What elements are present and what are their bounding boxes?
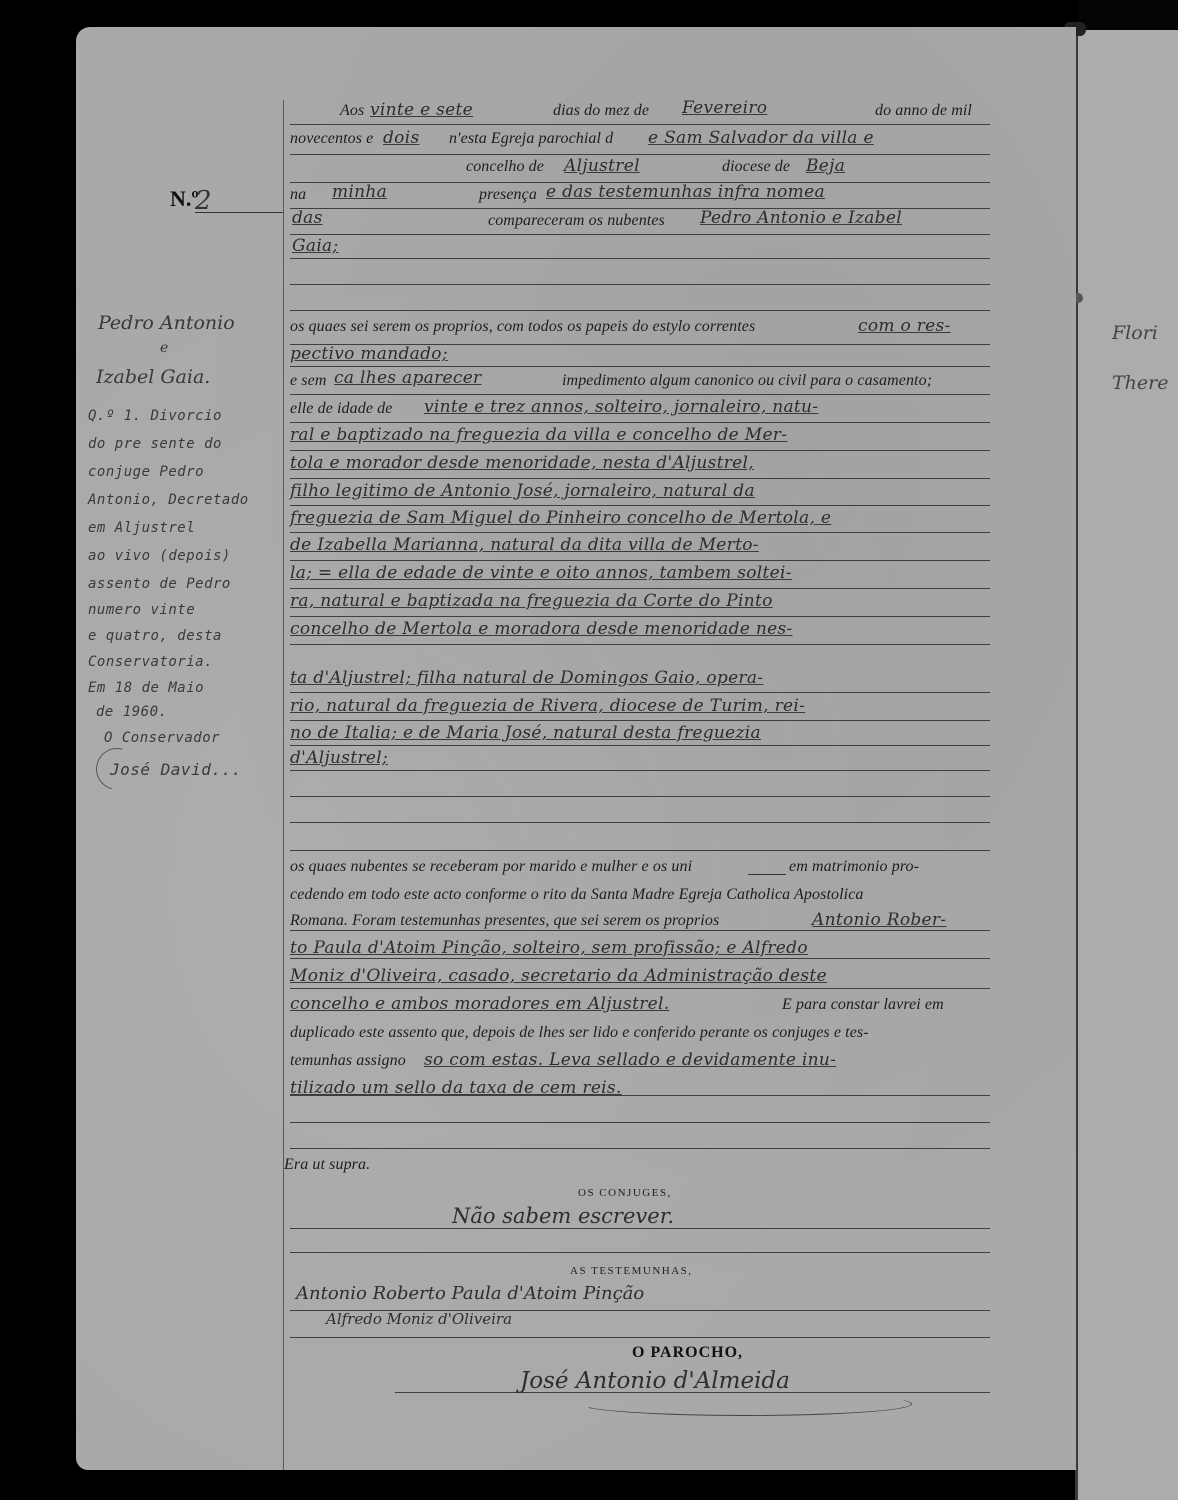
parish-field: e Sam Salvador da villa e <box>648 128 874 148</box>
diocese-field: Beja <box>806 156 845 176</box>
ruled-line <box>290 616 990 617</box>
conjuges-label: OS CONJUGES, <box>578 1187 672 1199</box>
print-text: Romana. Foram testemunhas presentes, que… <box>290 912 719 930</box>
print-text: E para constar lavrei em <box>782 996 944 1014</box>
print-text: elle de idade de <box>290 400 392 418</box>
margin-annotation-line: Conservatoria. <box>88 654 213 670</box>
print-text: concelho de <box>466 158 544 176</box>
year-field: dois <box>383 128 419 148</box>
ruled-line <box>290 532 990 533</box>
margin-annotation-line: Q.º 1. Divorcio <box>88 408 222 424</box>
margin-groom-name: Pedro Antonio <box>98 312 235 334</box>
blank-line <box>748 874 786 875</box>
witnesses-field: Moniz d'Oliveira, casado, secretario da … <box>290 966 827 986</box>
print-text: novecentos e <box>290 130 373 148</box>
ruled-line <box>290 154 990 155</box>
ruled-line <box>290 560 990 561</box>
print-text: Aos <box>340 102 364 120</box>
bride-details: ra, natural e baptizada na freguezia da … <box>290 591 773 611</box>
ruled-line <box>290 124 990 125</box>
witnesses-field: concelho e ambos moradores em Aljustrel. <box>290 994 669 1014</box>
parocho-label: O PAROCHO, <box>632 1344 743 1362</box>
groom-parents: de Izabella Marianna, natural da dita vi… <box>290 535 759 555</box>
bride-parents: no de Italia; e de Maria José, natural d… <box>290 723 761 743</box>
margin-annotation-line: O Conservador <box>104 730 220 746</box>
margin-annotation-line: Antonio, Decretado <box>88 492 249 508</box>
print-text: na <box>290 186 306 204</box>
ruled-line <box>290 770 990 771</box>
facing-page-fragment: Flori <box>1112 322 1158 344</box>
conjuges-signature: Não sabem escrever. <box>452 1204 674 1228</box>
ruled-line <box>290 234 990 235</box>
bride-parents: d'Aljustrel; <box>290 748 388 768</box>
parocho-signature: José Antonio d'Almeida <box>520 1368 790 1394</box>
margin-annotation-line: assento de Pedro <box>88 576 231 592</box>
ruled-line <box>290 988 990 989</box>
print-text: do anno de mil <box>875 102 972 120</box>
ruled-line <box>290 850 990 851</box>
ruled-line <box>290 478 990 479</box>
ruled-line <box>290 958 990 959</box>
print-text: os quaes nubentes se receberam por marid… <box>290 858 692 876</box>
print-text: em matrimonio pro- <box>789 858 919 876</box>
print-text: impedimento algum canonico ou civil para… <box>562 372 932 390</box>
groom-parents: freguezia de Sam Miguel do Pinheiro conc… <box>290 508 831 528</box>
ruled-line <box>290 1252 990 1253</box>
groom-details: tola e morador desde menoridade, nesta d… <box>290 453 754 473</box>
bride-details: la; = ella de edade de vinte e oito anno… <box>290 563 792 583</box>
print-text: compareceram os nubentes <box>488 212 665 230</box>
margin-annotation-line: ao vivo (depois) <box>88 548 231 564</box>
print-text: diocese de <box>722 158 790 176</box>
margin-annotation-line: de 1960. <box>96 704 167 720</box>
signature-flourish <box>580 1392 912 1416</box>
municipality-field: Aljustrel <box>564 156 640 176</box>
ruled-line <box>290 1337 990 1338</box>
impediment-field: ca lhes aparecer <box>334 368 481 388</box>
print-text: dias do mez de <box>553 102 649 120</box>
ruled-line <box>290 588 990 589</box>
era-ut-supra: Era ut supra. <box>284 1156 370 1174</box>
ruled-line <box>290 1228 990 1229</box>
bride-parents: rio, natural da freguezia de Rivera, dio… <box>290 696 805 716</box>
ruled-line <box>290 422 990 423</box>
ruled-line <box>290 644 990 645</box>
witness-note-field: e das testemunhas infra nomea <box>546 182 825 202</box>
ruled-line <box>290 692 990 693</box>
margin-annotation-line: e quatro, desta <box>88 628 222 644</box>
record-page <box>76 27 1076 1470</box>
print-text: cedendo em todo este acto conforme o rit… <box>290 886 864 904</box>
spouses-names-cont: Gaia; <box>292 236 339 256</box>
witness-signature: Alfredo Moniz d'Oliveira <box>326 1310 512 1328</box>
print-text: duplicado este assento que, depois de lh… <box>290 1024 869 1042</box>
facing-page <box>1078 30 1178 1500</box>
ruled-line <box>290 258 990 259</box>
ruled-line <box>290 394 990 395</box>
witnesses-field: to Paula d'Atoim Pinção, solteiro, sem p… <box>290 938 808 958</box>
ruled-line <box>290 284 990 285</box>
print-text: n'esta Egreja parochial d <box>449 130 613 148</box>
ruled-line <box>290 930 990 931</box>
day-field: vinte e sete <box>370 100 473 120</box>
papers-field-cont: pectivo mandado; <box>290 344 448 364</box>
ruled-line <box>290 745 990 746</box>
ruled-line <box>290 1122 990 1123</box>
print-text: temunhas assigno <box>290 1052 406 1070</box>
signature-note-field: so com estas. Leva sellado e devidamente… <box>424 1050 836 1070</box>
witnesses-field: Antonio Rober- <box>812 910 946 930</box>
witness-note-cont: das <box>292 208 323 228</box>
print-text: e sem <box>290 372 326 390</box>
scan-top-edge <box>1078 0 1178 32</box>
margin-annotation-line: Em 18 de Maio <box>88 680 204 696</box>
ruled-line <box>290 822 990 823</box>
ruled-line <box>290 796 990 797</box>
groom-parents: filho legitimo de Antonio José, jornalei… <box>290 481 755 501</box>
spouses-names-field: Pedro Antonio e Izabel <box>700 208 902 228</box>
month-field: Fevereiro <box>682 98 767 118</box>
margin-annotation-line: conjuge Pedro <box>88 464 204 480</box>
margin-rule <box>283 100 284 1470</box>
margin-conjunction: e <box>160 340 168 356</box>
bride-parents: ta d'Aljustrel; filha natural de Domingo… <box>290 668 763 688</box>
facing-page-fragment: There <box>1112 372 1168 394</box>
papers-field: com o res- <box>858 316 951 336</box>
testemunhas-label: AS TESTEMUNHAS, <box>570 1265 693 1277</box>
groom-details: vinte e trez annos, solteiro, jornaleiro… <box>424 397 818 417</box>
ruled-line <box>290 1148 990 1149</box>
ruled-line <box>290 450 990 451</box>
ruled-line <box>290 310 990 311</box>
groom-details: ral e baptizado na freguezia da villa e … <box>290 425 787 445</box>
print-text: presença <box>479 186 537 204</box>
bride-details: concelho de Mertola e moradora desde men… <box>290 619 793 639</box>
margin-annotation-line: em Aljustrel <box>88 520 195 536</box>
margin-bride-name: Izabel Gaia. <box>96 366 210 388</box>
signature-note-field: tilizado um sello da taxa de cem reis. <box>290 1078 622 1098</box>
margin-annotation-line: do pre sente do <box>88 436 222 452</box>
record-number-line <box>195 212 283 213</box>
witness-signature: Antonio Roberto Paula d'Atoim Pinção <box>296 1283 644 1304</box>
margin-annotation-line: numero vinte <box>88 602 195 618</box>
ruled-line <box>290 505 990 506</box>
print-text: os quaes sei serem os proprios, com todo… <box>290 318 755 336</box>
ruled-line <box>290 720 990 721</box>
ruled-line <box>290 366 990 367</box>
presence-field: minha <box>332 182 387 202</box>
